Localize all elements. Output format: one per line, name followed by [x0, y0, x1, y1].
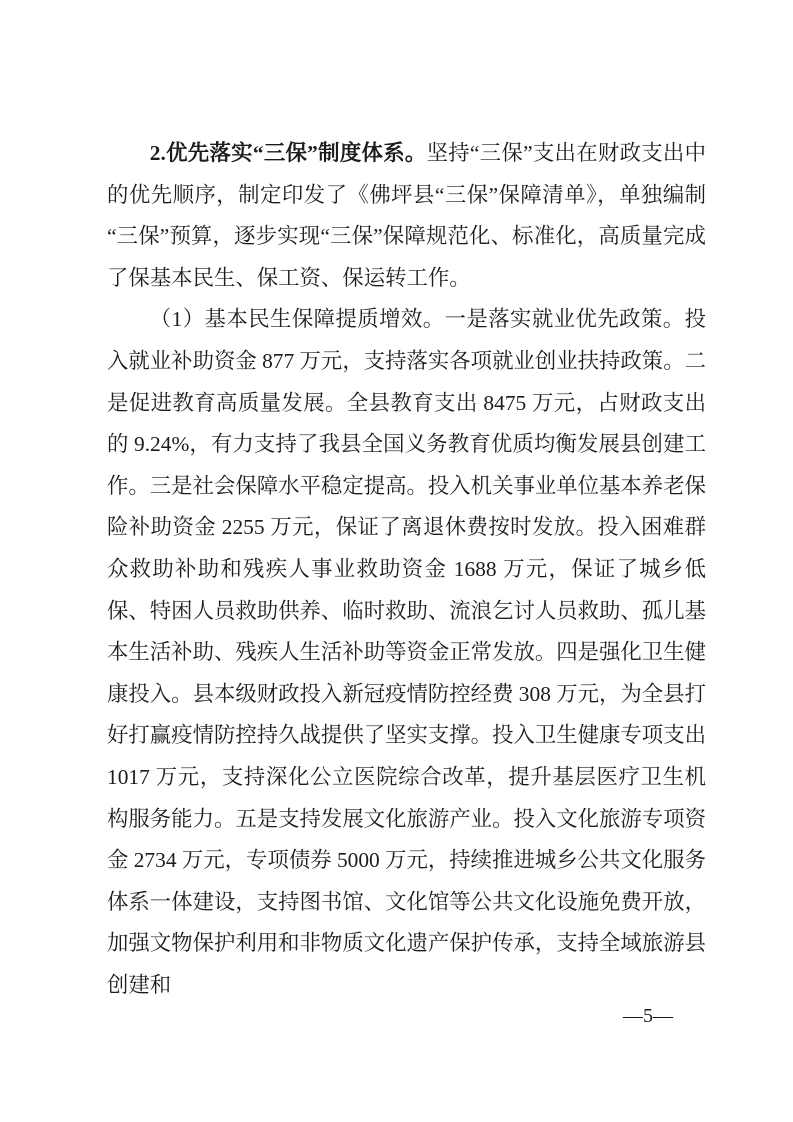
paragraph-text: （1）基本民生保障提质增效。一是落实就业优先政策。投入就业补助资金 877 万元… — [107, 307, 706, 997]
page-number: —5— — [605, 1004, 691, 1028]
document-body: 2.优先落实“三保”制度体系。坚持“三保”支出在财政支出中的优先顺序，制定印发了… — [107, 133, 706, 1006]
document-page: 2.优先落实“三保”制度体系。坚持“三保”支出在财政支出中的优先顺序，制定印发了… — [0, 0, 793, 1122]
paragraph-section-heading: 2.优先落实“三保”制度体系。坚持“三保”支出在财政支出中的优先顺序，制定印发了… — [107, 133, 706, 299]
paragraph-basic-livelihood: （1）基本民生保障提质增效。一是落实就业优先政策。投入就业补助资金 877 万元… — [107, 299, 706, 1006]
section-heading-bold-text: 2.优先落实“三保”制度体系。 — [150, 141, 427, 165]
